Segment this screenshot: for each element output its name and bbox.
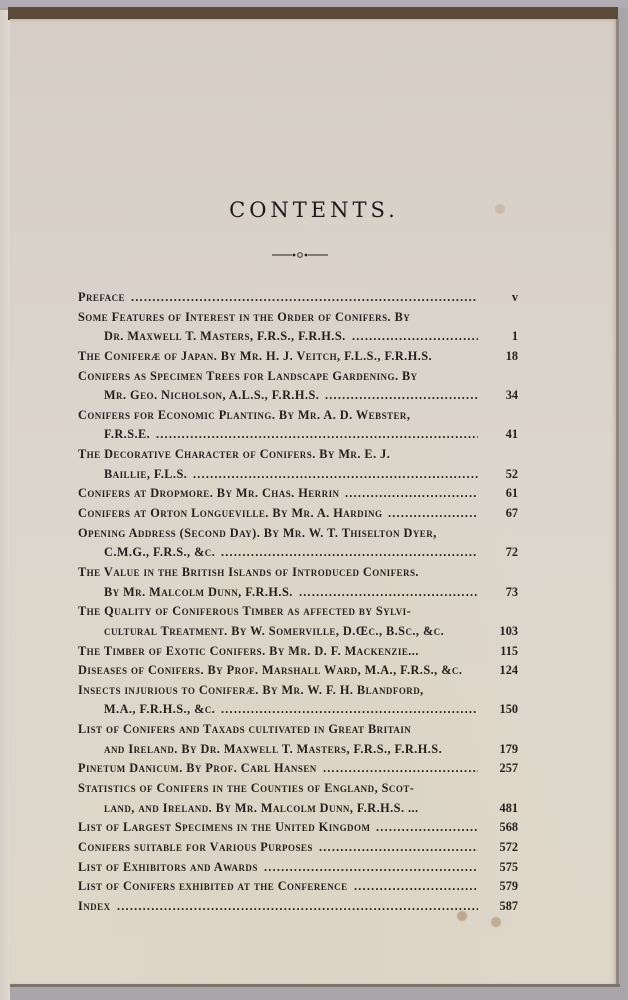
toc-line: The Decorative Character of Conifers. By… — [78, 445, 518, 465]
toc-page-number: 52 — [484, 465, 518, 485]
toc-page-number: 481 — [484, 799, 518, 819]
toc-entry-title: Statistics of Conifers in the Counties o… — [78, 779, 414, 799]
page-bottom-edge — [10, 984, 620, 987]
toc-entry[interactable]: Statistics of Conifers in the Counties o… — [78, 779, 518, 818]
toc-entry-title: Baillie, F.L.S. — [104, 465, 187, 485]
toc-entry[interactable]: The Quality of Coniferous Timber as affe… — [78, 602, 518, 641]
toc-entry[interactable]: The Coniferæ of Japan. By Mr. H. J. Veit… — [78, 347, 518, 367]
toc-entry[interactable]: The Value in the British Islands of Intr… — [78, 563, 518, 602]
toc-entry-title: M.A., F.R.H.S., &c. — [104, 700, 215, 720]
toc-entry-title: Opening Address (Second Day). By Mr. W. … — [78, 524, 437, 544]
toc-line: The Timber of Exotic Conifers. By Mr. D.… — [78, 642, 518, 662]
toc-entry-title: Conifers as Specimen Trees for Landscape… — [78, 367, 418, 387]
dot-leader: ........................................… — [193, 465, 478, 485]
toc-line: List of Conifers and Taxads cultivated i… — [78, 720, 518, 740]
toc-page-number: 72 — [484, 543, 518, 563]
toc-entry-title: and Ireland. By Dr. Maxwell T. Masters, … — [104, 740, 442, 760]
toc-page-number: 41 — [484, 425, 518, 445]
toc-line: Some Features of Interest in the Order o… — [78, 308, 518, 328]
dot-leader: ........................................… — [221, 543, 478, 563]
toc-entry-title: The Coniferæ of Japan. By Mr. H. J. Veit… — [78, 347, 432, 367]
toc-entry-title: Mr. Geo. Nicholson, A.L.S., F.R.H.S. — [104, 386, 319, 406]
toc-page-number: 587 — [484, 897, 518, 917]
toc-line: Conifers at Orton Longueville. By Mr. A.… — [78, 504, 518, 524]
dot-leader: ........................................… — [131, 288, 478, 308]
toc-entry-title: List of Largest Specimens in the United … — [78, 818, 370, 838]
toc-entry[interactable]: Conifers as Specimen Trees for Landscape… — [78, 367, 518, 406]
toc-page-number: 73 — [484, 583, 518, 603]
toc-entry-title: By Mr. Malcolm Dunn, F.R.H.S. — [104, 583, 293, 603]
toc-line: Conifers suitable for Various Purposes..… — [78, 838, 518, 858]
dot-leader: ........................................… — [156, 425, 478, 445]
toc-page-number: 179 — [484, 740, 518, 760]
toc-entry[interactable]: Insects injurious to Coniferæ. By Mr. W.… — [78, 681, 518, 720]
toc-entry[interactable]: Conifers suitable for Various Purposes..… — [78, 838, 518, 858]
toc-entry-title: C.M.G., F.R.S., &c. — [104, 543, 215, 563]
toc-line: Conifers as Specimen Trees for Landscape… — [78, 367, 518, 387]
toc-entry-title: The Value in the British Islands of Intr… — [78, 563, 419, 583]
dot-leader: ........................................… — [345, 484, 478, 504]
dot-leader: ........................................… — [221, 700, 478, 720]
toc-entry-title: Conifers at Orton Longueville. By Mr. A.… — [78, 504, 382, 524]
toc-line: and Ireland. By Dr. Maxwell T. Masters, … — [78, 740, 518, 760]
toc-entry-title: List of Exhibitors and Awards — [78, 858, 258, 878]
toc-page-number: 18 — [484, 347, 518, 367]
toc-line: C.M.G., F.R.S., &c......................… — [78, 543, 518, 563]
toc-line: List of Conifers exhibited at the Confer… — [78, 877, 518, 897]
toc-line: List of Largest Specimens in the United … — [78, 818, 518, 838]
toc-page-number: 61 — [484, 484, 518, 504]
page-right-edge — [616, 19, 619, 986]
toc-entry-title: Preface — [78, 288, 125, 308]
toc-entry-title: Pinetum Danicum. By Prof. Carl Hansen — [78, 759, 317, 779]
toc-entry[interactable]: Preface.................................… — [78, 288, 518, 308]
toc-line: Pinetum Danicum. By Prof. Carl Hansen...… — [78, 759, 518, 779]
table-of-contents: Preface.................................… — [78, 288, 518, 917]
toc-page-number: 124 — [484, 661, 518, 681]
toc-line: List of Exhibitors and Awards...........… — [78, 858, 518, 878]
toc-line: The Value in the British Islands of Intr… — [78, 563, 518, 583]
toc-page-number: 579 — [484, 877, 518, 897]
dot-leader: ........................................… — [354, 877, 478, 897]
toc-line: Conifers for Economic Planting. By Mr. A… — [78, 406, 518, 426]
toc-page-number: 572 — [484, 838, 518, 858]
toc-entry-title: The Timber of Exotic Conifers. By Mr. D.… — [78, 642, 419, 662]
toc-line: Opening Address (Second Day). By Mr. W. … — [78, 524, 518, 544]
toc-entry[interactable]: Conifers at Orton Longueville. By Mr. A.… — [78, 504, 518, 524]
toc-line: Preface.................................… — [78, 288, 518, 308]
toc-line: Conifers at Dropmore. By Mr. Chas. Herri… — [78, 484, 518, 504]
toc-line: land, and Ireland. By Mr. Malcolm Dunn, … — [78, 799, 518, 819]
toc-entry[interactable]: Pinetum Danicum. By Prof. Carl Hansen...… — [78, 759, 518, 779]
toc-line: By Mr. Malcolm Dunn, F.R.H.S............… — [78, 583, 518, 603]
dot-leader: ........................................… — [388, 504, 478, 524]
dot-leader: ........................................… — [264, 858, 478, 878]
toc-line: Index...................................… — [78, 897, 518, 917]
dot-leader: ........................................… — [299, 583, 478, 603]
toc-entry[interactable]: The Decorative Character of Conifers. By… — [78, 445, 518, 484]
toc-page-number: 568 — [484, 818, 518, 838]
toc-page-number: 103 — [484, 622, 518, 642]
toc-entry[interactable]: List of Conifers and Taxads cultivated i… — [78, 720, 518, 759]
toc-page-number: 575 — [484, 858, 518, 878]
toc-entry-title: Diseases of Conifers. By Prof. Marshall … — [78, 661, 462, 681]
toc-entry[interactable]: Opening Address (Second Day). By Mr. W. … — [78, 524, 518, 563]
toc-entry[interactable]: List of Largest Specimens in the United … — [78, 818, 518, 838]
toc-page-number: 150 — [484, 700, 518, 720]
ornament-divider-icon — [272, 250, 328, 260]
toc-line: cultural Treatment. By W. Somerville, D.… — [78, 622, 518, 642]
toc-entry-title: The Quality of Coniferous Timber as affe… — [78, 602, 411, 622]
toc-line: The Coniferæ of Japan. By Mr. H. J. Veit… — [78, 347, 518, 367]
toc-entry-title: Insects injurious to Coniferæ. By Mr. W.… — [78, 681, 424, 701]
dot-leader: ........................................… — [117, 897, 478, 917]
page-title: CONTENTS. — [0, 198, 628, 222]
dot-leader: ........................................… — [352, 327, 478, 347]
toc-entry[interactable]: Some Features of Interest in the Order o… — [78, 308, 518, 347]
toc-line: F.R.S.E.................................… — [78, 425, 518, 445]
dot-leader: ........................................… — [376, 818, 478, 838]
toc-entry[interactable]: Index...................................… — [78, 897, 518, 917]
toc-page-number: 67 — [484, 504, 518, 524]
toc-entry-title: List of Conifers and Taxads cultivated i… — [78, 720, 411, 740]
toc-page-number: v — [484, 288, 518, 308]
book-spine-edge — [0, 10, 10, 1000]
toc-page-number: 115 — [484, 642, 518, 662]
toc-line: Mr. Geo. Nicholson, A.L.S., F.R.H.S.....… — [78, 386, 518, 406]
toc-entry[interactable]: Diseases of Conifers. By Prof. Marshall … — [78, 661, 518, 681]
toc-page-number: 1 — [484, 327, 518, 347]
toc-line: Statistics of Conifers in the Counties o… — [78, 779, 518, 799]
toc-entry-title: F.R.S.E. — [104, 425, 150, 445]
toc-line: Insects injurious to Coniferæ. By Mr. W.… — [78, 681, 518, 701]
toc-page-number: 257 — [484, 759, 518, 779]
toc-line: Baillie, F.L.S..........................… — [78, 465, 518, 485]
toc-entry-title: Conifers suitable for Various Purposes — [78, 838, 313, 858]
toc-entry[interactable]: The Timber of Exotic Conifers. By Mr. D.… — [78, 642, 518, 662]
toc-entry-title: List of Conifers exhibited at the Confer… — [78, 877, 348, 897]
toc-entry-title: Index — [78, 897, 111, 917]
toc-entry-title: land, and Ireland. By Mr. Malcolm Dunn, … — [104, 799, 419, 819]
toc-entry-title: Conifers for Economic Planting. By Mr. A… — [78, 406, 410, 426]
toc-entry-title: Conifers at Dropmore. By Mr. Chas. Herri… — [78, 484, 339, 504]
toc-entry[interactable]: Conifers for Economic Planting. By Mr. A… — [78, 406, 518, 445]
toc-line: M.A., F.R.H.S., &c......................… — [78, 700, 518, 720]
dot-leader: ........................................… — [323, 759, 478, 779]
toc-entry-title: cultural Treatment. By W. Somerville, D.… — [104, 622, 444, 642]
toc-entry-title: Dr. Maxwell T. Masters, F.R.S., F.R.H.S. — [104, 327, 346, 347]
toc-entry-title: Some Features of Interest in the Order o… — [78, 308, 410, 328]
dot-leader: ........................................… — [319, 838, 478, 858]
toc-entry[interactable]: Conifers at Dropmore. By Mr. Chas. Herri… — [78, 484, 518, 504]
toc-line: The Quality of Coniferous Timber as affe… — [78, 602, 518, 622]
toc-entry-title: The Decorative Character of Conifers. By… — [78, 445, 390, 465]
toc-page-number: 34 — [484, 386, 518, 406]
dot-leader: ........................................… — [325, 386, 478, 406]
toc-line: Dr. Maxwell T. Masters, F.R.S., F.R.H.S.… — [78, 327, 518, 347]
toc-entry[interactable]: List of Conifers exhibited at the Confer… — [78, 877, 518, 897]
toc-line: Diseases of Conifers. By Prof. Marshall … — [78, 661, 518, 681]
toc-entry[interactable]: List of Exhibitors and Awards...........… — [78, 858, 518, 878]
